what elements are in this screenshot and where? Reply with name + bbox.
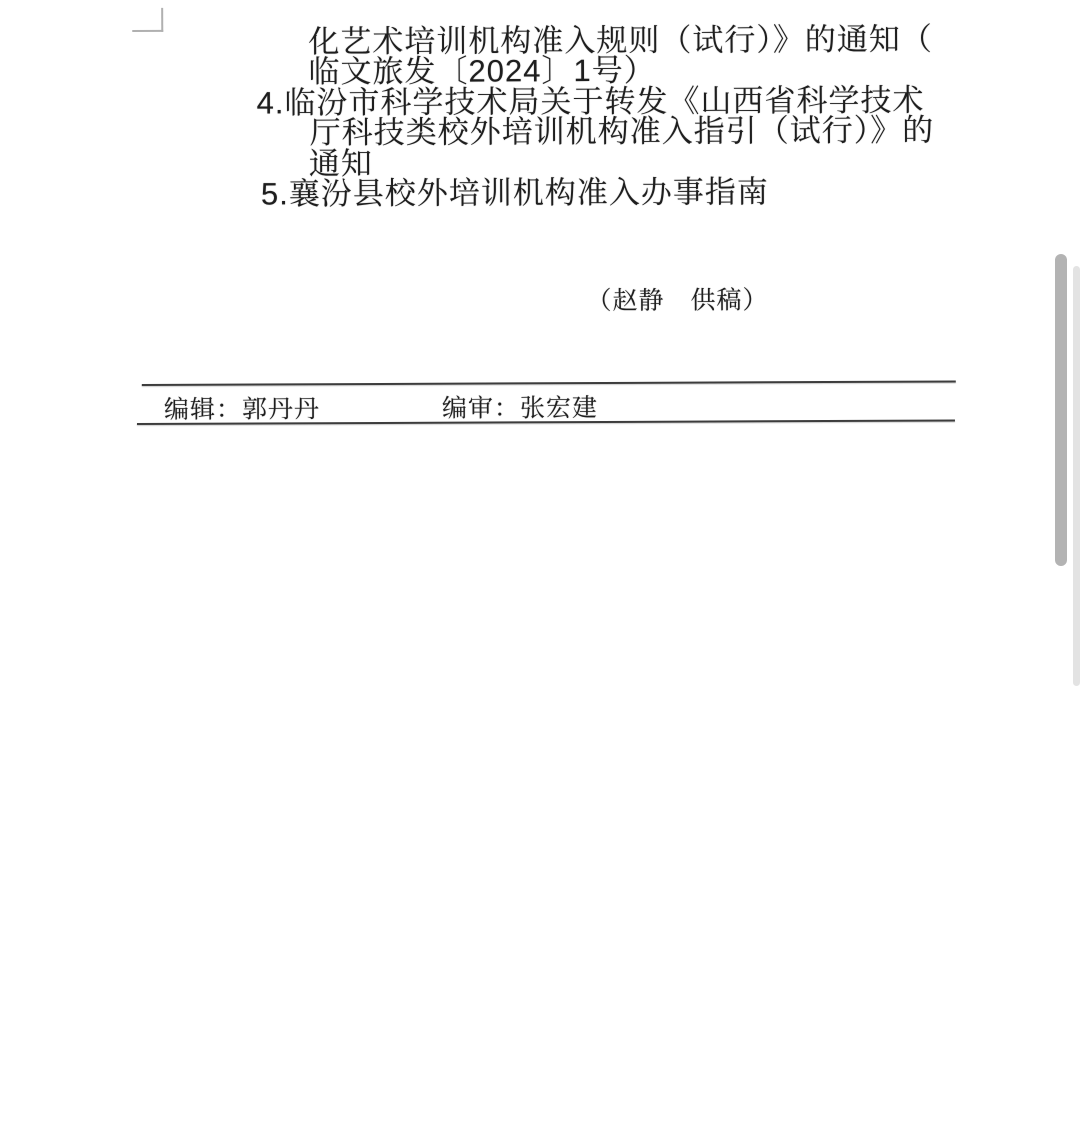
text-boundary-corner-mark [132,8,163,32]
document-text-line: 临文旅发〔2024〕1号） [308,55,655,88]
footer-divider-top [142,380,956,386]
reviewer-credit: 编审：张宏建 [442,395,598,423]
document-text-line: 厅科技类校外培训机构准入指引（试行）》的 [310,115,935,149]
scrollbar-track[interactable] [1073,266,1080,686]
viewer-canvas: { "colors": { "page_background": "#fffff… [0,0,1080,1124]
corner-mark-horizontal-stroke [132,30,163,32]
editor-credit: 编辑：郭丹丹 [164,396,320,424]
document-page: 化艺术培训机构准入规则（试行）》的通知（ 临文旅发〔2024〕1号） 4.临汾市… [0,0,1080,1124]
scrollbar-thumb[interactable] [1055,254,1067,566]
document-text-line: 通知 [309,148,373,179]
corner-mark-vertical-stroke [161,8,163,32]
document-text-line-item-5: 5.襄汾县校外培训机构准入办事指南 [261,176,769,209]
attribution-line: （赵静 供稿） [586,286,768,315]
